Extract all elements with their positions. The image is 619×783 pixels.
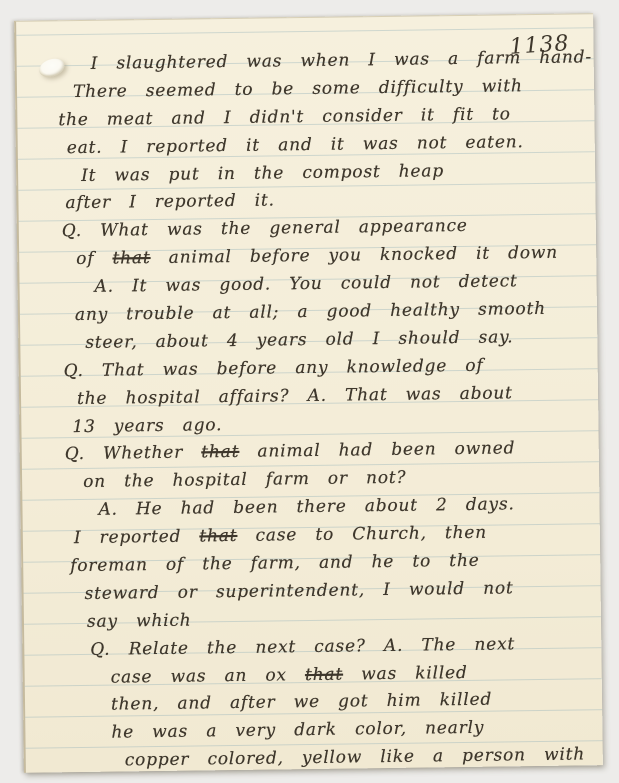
text-segment: Q. Relate the next case? A. The next bbox=[90, 634, 515, 660]
struck-word: that bbox=[201, 442, 239, 462]
text-segment: say which bbox=[87, 610, 192, 631]
text-segment: I slaughtered was when I was a farm hand… bbox=[91, 47, 593, 74]
handwritten-line: copper colored, yellow like a person wit… bbox=[26, 742, 589, 777]
text-segment: I reported bbox=[74, 527, 200, 549]
text-segment: 13 years ago. bbox=[72, 415, 222, 437]
text-segment: animal had been owned bbox=[239, 439, 515, 463]
text-segment: was killed bbox=[343, 663, 468, 685]
text-segment: A. It was good. You could not detect bbox=[94, 271, 517, 297]
text-segment: Q. That was before any knowledge of bbox=[64, 356, 484, 381]
scan-background: 1138 I slaughtered was when I was a farm… bbox=[0, 0, 619, 783]
text-segment: It was put in the compost heap bbox=[81, 161, 444, 186]
handwritten-text: I slaughtered was when I was a farm hand… bbox=[17, 44, 589, 776]
text-segment: then, and after we got him killed bbox=[111, 690, 492, 715]
text-segment: Q. What was the general appearance bbox=[62, 216, 468, 241]
text-segment: he was a very dark color, nearly bbox=[111, 718, 484, 743]
text-segment: eat. I reported it and it was not eaten. bbox=[67, 132, 524, 158]
text-segment: steer, about 4 years old I should say. bbox=[85, 327, 513, 353]
text-segment: after I reported it. bbox=[65, 191, 274, 214]
text-segment: on the hospital farm or not? bbox=[83, 468, 406, 492]
text-segment: animal before you knocked it down bbox=[150, 243, 558, 268]
text-segment: foreman of the farm, and he to the bbox=[70, 551, 480, 576]
text-segment: A. He had been there about 2 days. bbox=[98, 495, 514, 520]
text-segment: copper colored, yellow like a person wit… bbox=[125, 745, 586, 771]
text-segment: of bbox=[76, 249, 113, 269]
struck-word: that bbox=[305, 664, 343, 684]
text-segment: There seemed to be some difficulty with bbox=[73, 76, 523, 102]
text-segment: the meat and I didn't consider it fit to bbox=[58, 104, 511, 130]
text-segment: any trouble at all; a good healthy smoot… bbox=[75, 299, 546, 325]
text-segment: the hospital affairs? A. That was about bbox=[77, 383, 513, 409]
text-segment: case to Church, then bbox=[237, 523, 487, 546]
document-page: 1138 I slaughtered was when I was a farm… bbox=[14, 13, 603, 773]
text-segment: case was an ox bbox=[111, 665, 306, 688]
struck-word: that bbox=[199, 526, 237, 546]
text-segment: Q. Whether bbox=[65, 443, 202, 465]
text-segment: steward or superintendent, I would not bbox=[84, 578, 513, 604]
struck-word: that bbox=[112, 248, 150, 268]
